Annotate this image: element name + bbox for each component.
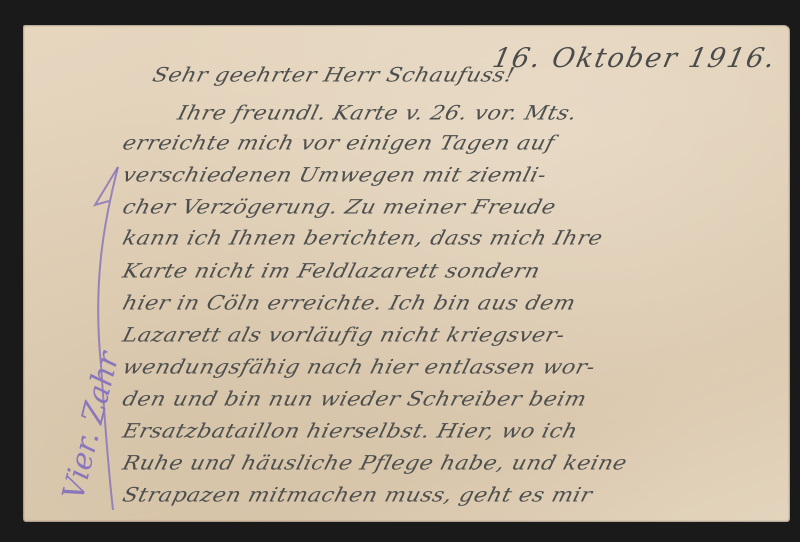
body-line: Strapazen mitmachen muss, geht es mir: [120, 484, 594, 507]
body-line: kann ich Ihnen berichten, dass mich Ihre: [120, 227, 605, 250]
body-line: Ruhe und häusliche Pflege habe, und kein…: [120, 452, 629, 475]
body-line: Ersatzbataillon hierselbst. Hier, wo ich: [120, 420, 580, 443]
body-line: Lazarett als vorläufig nicht kriegsver-: [120, 324, 567, 347]
postcard: 16. Oktober 1916. Sehr geehrter Herr Sch…: [23, 25, 790, 522]
body-line: Ihre freundl. Karte v. 26. vor. Mts.: [175, 102, 579, 125]
body-line: Karte nicht im Feldlazarett sondern: [120, 260, 542, 283]
body-line: erreichte mich vor einigen Tagen auf: [120, 132, 557, 155]
body-line: verschiedenen Umwegen mit ziemli-: [120, 164, 549, 187]
salutation: Sehr geehrter Herr Schaufuss!: [150, 64, 517, 87]
body-line: cher Verzögerung. Zu meiner Freude: [120, 196, 558, 219]
body-line: hier in Cöln erreichte. Ich bin aus dem: [120, 292, 578, 315]
body-line: den und bin nun wieder Schreiber beim: [120, 388, 589, 411]
letter-date: 16. Oktober 1916.: [490, 43, 780, 74]
body-line: wendungsfähig nach hier entlassen wor-: [120, 356, 597, 379]
